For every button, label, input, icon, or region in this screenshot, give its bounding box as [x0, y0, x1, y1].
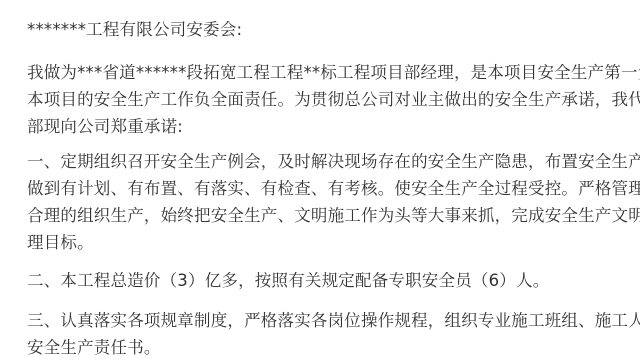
paragraph-line: 二、本工程总造价（3）亿多，按照有关规定配备专职安全员（6）人。: [27, 267, 549, 294]
paragraph-line: 理目标。: [27, 229, 94, 256]
paragraph-line: 本项目的安全生产工作负全面责任。为贯彻总公司对业主做出的安全生产承诺，我代表项目: [27, 86, 640, 113]
paragraph-line: 三、认真落实各项规章制度，严格落实各岗位操作规程，组织专业施工班组、施工人员签订: [27, 307, 640, 334]
paragraph-line: 做到有计划、有布置、有落实、有检查、有考核。使安全生产全过程受控。严格管理、科学: [27, 175, 640, 202]
document-page: *******工程有限公司安委会: 我做为***省道******段拓宽工程工程*…: [0, 0, 640, 360]
paragraph-line: 合理的组织生产，始终把安全生产、文明施工作为头等大事来抓，完成安全生产文明施工管: [27, 202, 640, 229]
paragraph-line: 我做为***省道******段拓宽工程工程**标工程项目部经理，是本项目安全生产…: [27, 59, 640, 86]
addressee-line: *******工程有限公司安委会:: [27, 16, 242, 43]
paragraph-line: 安全生产责任书。: [27, 334, 161, 360]
paragraph-line: 部现向公司郑重承诺:: [27, 113, 183, 140]
paragraph-line: 一、定期组织召开安全生产例会，及时解决现场存在的安全生产隐患，布置安全生产任务。: [27, 148, 640, 175]
